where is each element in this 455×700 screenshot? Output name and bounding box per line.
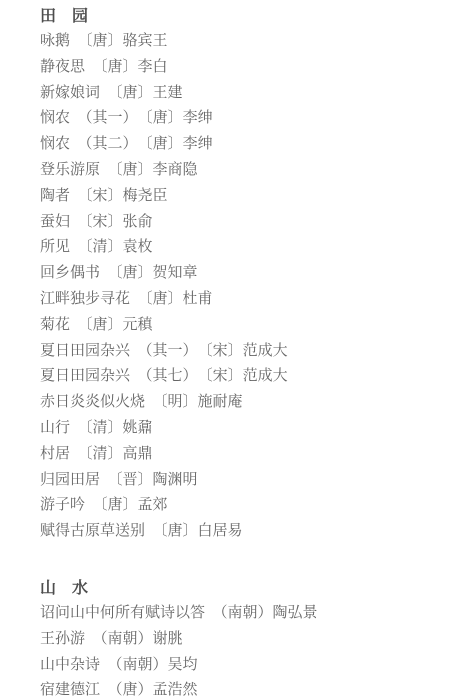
poem-dynasty: 〔唐〕 [100, 58, 138, 75]
poem-list-item: 所见 〔清〕袁枚 [40, 234, 445, 260]
poem-title: 新嫁娘词 [40, 84, 100, 101]
poem-list-item: 江畔独步寻花 〔唐〕杜甫 [40, 286, 445, 312]
poem-author: 李商隐 [153, 161, 198, 178]
poem-title: 登乐游原 [40, 161, 100, 178]
poem-list-item: 陶者 〔宋〕梅尧臣 [40, 183, 445, 209]
poem-list-item: 山中杂诗 （南朝）吴均 [40, 652, 445, 678]
poem-author: 王建 [153, 84, 183, 101]
poem-list-pastoral: 咏鹅 〔唐〕骆宾王静夜思 〔唐〕李白新嫁娘词 〔唐〕王建悯农 （其一） 〔唐〕李… [40, 28, 445, 544]
poem-dynasty: 〔唐〕 [85, 32, 123, 49]
poem-author: 元稹 [123, 316, 153, 333]
poem-note: （其七） [145, 367, 190, 384]
poem-dynasty: 〔唐〕 [115, 84, 153, 101]
poem-author: 袁枚 [123, 238, 153, 255]
poem-list-item: 夏日田园杂兴 （其七） 〔宋〕范成大 [40, 363, 445, 389]
poem-title: 陶者 [40, 187, 70, 204]
poem-title: 诏问山中何所有赋诗以答 [40, 604, 205, 621]
poem-dynasty: 〔宋〕 [205, 342, 243, 359]
poem-dynasty: （南朝） [220, 604, 273, 621]
poem-author: 孟郊 [138, 496, 168, 513]
poem-title: 王孙游 [40, 630, 85, 647]
poem-dynasty: 〔唐〕 [145, 290, 183, 307]
poem-title: 悯农 [40, 109, 70, 126]
poem-dynasty: 〔唐〕 [100, 496, 138, 513]
poem-list-item: 新嫁娘词 〔唐〕王建 [40, 80, 445, 106]
poem-author: 高鼎 [123, 445, 153, 462]
poem-title: 蚕妇 [40, 213, 70, 230]
poem-author: 杜甫 [183, 290, 213, 307]
poem-title: 夏日田园杂兴 [40, 342, 130, 359]
poem-title: 赋得古原草送别 [40, 522, 145, 539]
poem-note: （其二） [85, 135, 130, 152]
poem-dynasty: 〔宋〕 [205, 367, 243, 384]
poem-dynasty: 〔唐〕 [115, 161, 153, 178]
poem-list-item: 登乐游原 〔唐〕李商隐 [40, 157, 445, 183]
poem-list-item: 悯农 （其二） 〔唐〕李绅 [40, 131, 445, 157]
poem-note: （其一） [145, 342, 190, 359]
poem-list-item: 赤日炎炎似火烧 〔明〕施耐庵 [40, 389, 445, 415]
poem-list-item: 归园田居 〔晋〕陶渊明 [40, 467, 445, 493]
poem-title: 山中杂诗 [40, 656, 100, 673]
poem-list-item: 夏日田园杂兴 （其一） 〔宋〕范成大 [40, 338, 445, 364]
poem-dynasty: 〔晋〕 [115, 471, 153, 488]
poem-title: 山行 [40, 419, 70, 436]
poem-author: 李白 [138, 58, 168, 75]
poem-list-item: 赋得古原草送别 〔唐〕白居易 [40, 518, 445, 544]
poem-dynasty: （唐） [115, 681, 153, 698]
poem-author: 贺知章 [153, 264, 198, 281]
poem-title: 赤日炎炎似火烧 [40, 393, 145, 410]
poem-list-item: 悯农 （其一） 〔唐〕李绅 [40, 105, 445, 131]
poem-dynasty: 〔明〕 [160, 393, 198, 410]
poem-dynasty: 〔唐〕 [160, 522, 198, 539]
poem-title: 江畔独步寻花 [40, 290, 130, 307]
poem-author: 梅尧臣 [123, 187, 168, 204]
section-title-pastoral: 田 园 [40, 8, 445, 26]
poem-list-item: 咏鹅 〔唐〕骆宾王 [40, 28, 445, 54]
poem-author: 骆宾王 [123, 32, 168, 49]
poem-author: 白居易 [198, 522, 243, 539]
poem-dynasty: （南朝） [115, 656, 168, 673]
poem-list-item: 宿建德江 （唐）孟浩然 [40, 677, 445, 700]
poem-author: 施耐庵 [198, 393, 243, 410]
poem-author: 谢朓 [153, 630, 183, 647]
poem-author: 李绅 [183, 135, 213, 152]
poem-dynasty: 〔唐〕 [85, 316, 123, 333]
poem-dynasty: 〔清〕 [85, 419, 123, 436]
poem-list-item: 游子吟 〔唐〕孟郊 [40, 492, 445, 518]
poem-dynasty: 〔清〕 [85, 445, 123, 462]
poem-title: 宿建德江 [40, 681, 100, 698]
poem-list-item: 菊花 〔唐〕元稹 [40, 312, 445, 338]
poem-author: 张俞 [123, 213, 153, 230]
poem-author: 范成大 [243, 342, 288, 359]
poem-list-item: 村居 〔清〕高鼎 [40, 441, 445, 467]
poem-author: 范成大 [243, 367, 288, 384]
poem-author: 孟浩然 [153, 681, 198, 698]
poem-list-item: 蚕妇 〔宋〕张俞 [40, 209, 445, 235]
poem-dynasty: 〔宋〕 [85, 187, 123, 204]
poem-dynasty: 〔唐〕 [115, 264, 153, 281]
poem-title: 村居 [40, 445, 70, 462]
poem-list-item: 山行 〔清〕姚鼐 [40, 415, 445, 441]
poem-title: 归园田居 [40, 471, 100, 488]
poem-dynasty: 〔唐〕 [145, 109, 183, 126]
poem-title: 回乡偶书 [40, 264, 100, 281]
poem-list-item: 静夜思 〔唐〕李白 [40, 54, 445, 80]
poem-list-item: 王孙游 （南朝）谢朓 [40, 626, 445, 652]
poem-dynasty: 〔宋〕 [85, 213, 123, 230]
section-pastoral: 田 园 咏鹅 〔唐〕骆宾王静夜思 〔唐〕李白新嫁娘词 〔唐〕王建悯农 （其一） … [40, 8, 445, 544]
poem-note: （其一） [85, 109, 130, 126]
poem-list-landscape: 诏问山中何所有赋诗以答 （南朝）陶弘景王孙游 （南朝）谢朓山中杂诗 （南朝）吴均… [40, 600, 445, 700]
poem-author: 李绅 [183, 109, 213, 126]
poem-dynasty: 〔唐〕 [145, 135, 183, 152]
poem-title: 游子吟 [40, 496, 85, 513]
poem-list-item: 回乡偶书 〔唐〕贺知章 [40, 260, 445, 286]
poem-list-item: 诏问山中何所有赋诗以答 （南朝）陶弘景 [40, 600, 445, 626]
poem-title: 咏鹅 [40, 32, 70, 49]
poem-title: 夏日田园杂兴 [40, 367, 130, 384]
poem-author: 吴均 [168, 656, 198, 673]
poem-author: 陶弘景 [273, 604, 318, 621]
section-title-landscape: 山 水 [40, 580, 445, 598]
poem-title: 静夜思 [40, 58, 85, 75]
poem-title: 悯农 [40, 135, 70, 152]
poem-title: 菊花 [40, 316, 70, 333]
poem-title: 所见 [40, 238, 70, 255]
poem-dynasty: （南朝） [100, 630, 153, 647]
poem-dynasty: 〔清〕 [85, 238, 123, 255]
poem-author: 陶渊明 [153, 471, 198, 488]
section-landscape: 山 水 诏问山中何所有赋诗以答 （南朝）陶弘景王孙游 （南朝）谢朓山中杂诗 （南… [40, 580, 445, 700]
poem-author: 姚鼐 [123, 419, 153, 436]
poem-index-page: 田 园 咏鹅 〔唐〕骆宾王静夜思 〔唐〕李白新嫁娘词 〔唐〕王建悯农 （其一） … [0, 0, 455, 700]
